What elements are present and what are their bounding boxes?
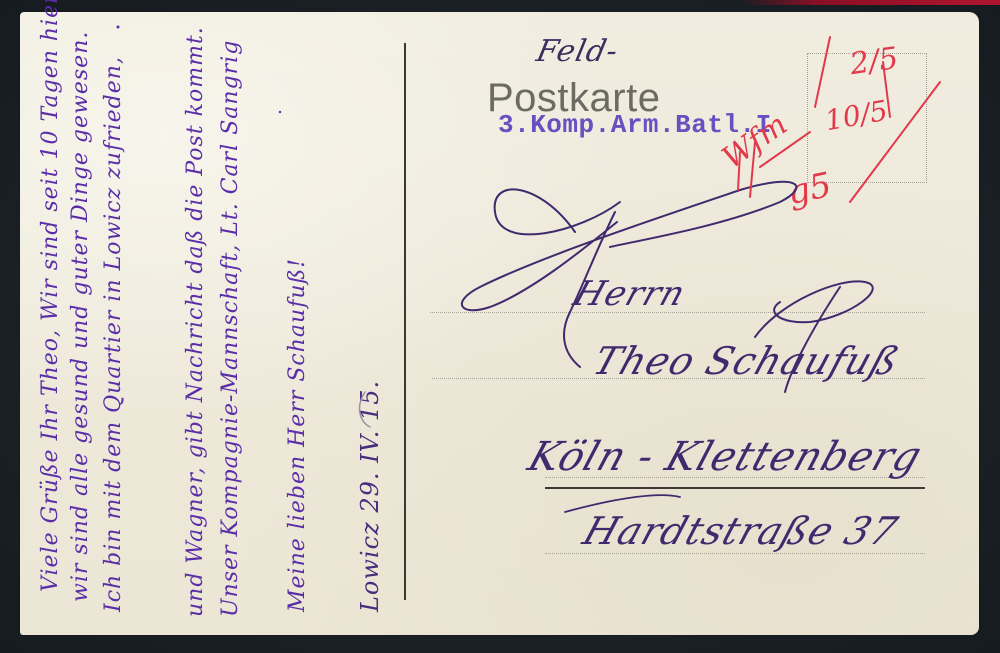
message-line-2: Unser Kompagnie-Mannschaft, Lt. Carl San… [220, 40, 242, 617]
postcard-scan: Viele Grüße Ihr Theo, Wir sind seit 10 T… [0, 0, 1000, 653]
address-name: Theo Schaufuß [589, 342, 904, 380]
address-line-3-underline [545, 487, 925, 489]
message-line-5: wir sind alle gesund und guter Dinge gew… [70, 31, 92, 602]
message-greeting: Meine lieben Herr Schaufuß! [287, 258, 309, 612]
address-salutation: Herrn [569, 277, 689, 311]
address-city: Köln - Klettenberg [524, 437, 927, 477]
message-line-6: Viele Grüße Ihr Theo, Wir sind seit 10 T… [40, 0, 62, 592]
censor-mark-top: 2/5 [848, 44, 900, 80]
message-line-4: Ich bin mit dem Quartier in Lowicz zufri… [103, 56, 125, 612]
message-place-date: Lowicz 29. IV. 15. [358, 380, 382, 612]
card-divider [404, 43, 406, 600]
censor-initials: g5 [785, 168, 835, 210]
unit-stamp: 3.Komp.Arm.Batl.I [498, 112, 772, 138]
message-line-3: und Wagner, gibt Nachricht daß die Post … [185, 26, 207, 617]
address-street: Hardtstraße 37 [579, 512, 903, 550]
postcard: Viele Grüße Ihr Theo, Wir sind seit 10 T… [20, 12, 979, 635]
feld-handwritten-header: Feld- [533, 34, 621, 69]
address-line-4 [545, 553, 925, 554]
red-border-strip [740, 0, 1000, 5]
